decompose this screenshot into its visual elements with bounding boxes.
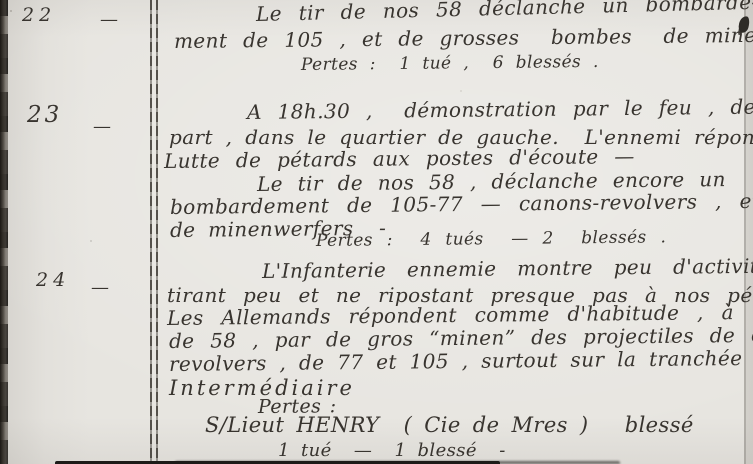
margin-rule-right <box>156 0 158 464</box>
diary-page: 22 — Le tir de nos 58 déclanche un bomba… <box>0 0 753 464</box>
margin-rule-left <box>150 0 152 464</box>
entry-line: A 18h.30 , démonstration par le feu , de… <box>247 96 753 123</box>
page-right-edge-shade <box>746 0 753 464</box>
entry-line: bombardement de 105-77 — canons-revolver… <box>170 190 753 218</box>
entry-line: L'Infanterie ennemie montre peu d'activi… <box>262 255 753 282</box>
day-number: 24 <box>36 271 70 291</box>
page-binding-edge <box>0 0 8 464</box>
entry-line: ment de 105 , et de grosses bombes de mi… <box>174 24 753 52</box>
entry-line: Pertes : 1 tué , 6 blessés . <box>301 54 599 75</box>
day-dash: — <box>91 279 109 298</box>
day-dash: — <box>100 11 118 30</box>
paper-speckles <box>10 10 12 12</box>
day-number: 23 <box>27 103 62 127</box>
entry-line: S/Lieut HENRY ( Cie de Mres ) blessé <box>205 414 694 436</box>
entry-line: Le tir de nos 58 déclanche un bombarde- <box>256 0 753 25</box>
entry-line: revolvers , de 77 et 105 , surtout sur l… <box>169 348 743 375</box>
day-number: 22 <box>22 6 56 26</box>
entry-line: Pertes : 4 tués — 2 blessés . <box>316 229 666 251</box>
entry-line: 1 tué — 1 blessé - <box>278 442 506 461</box>
entry-line: part , dans le quartier de gauche. L'enn… <box>169 127 753 148</box>
day-dash: — <box>93 118 111 137</box>
